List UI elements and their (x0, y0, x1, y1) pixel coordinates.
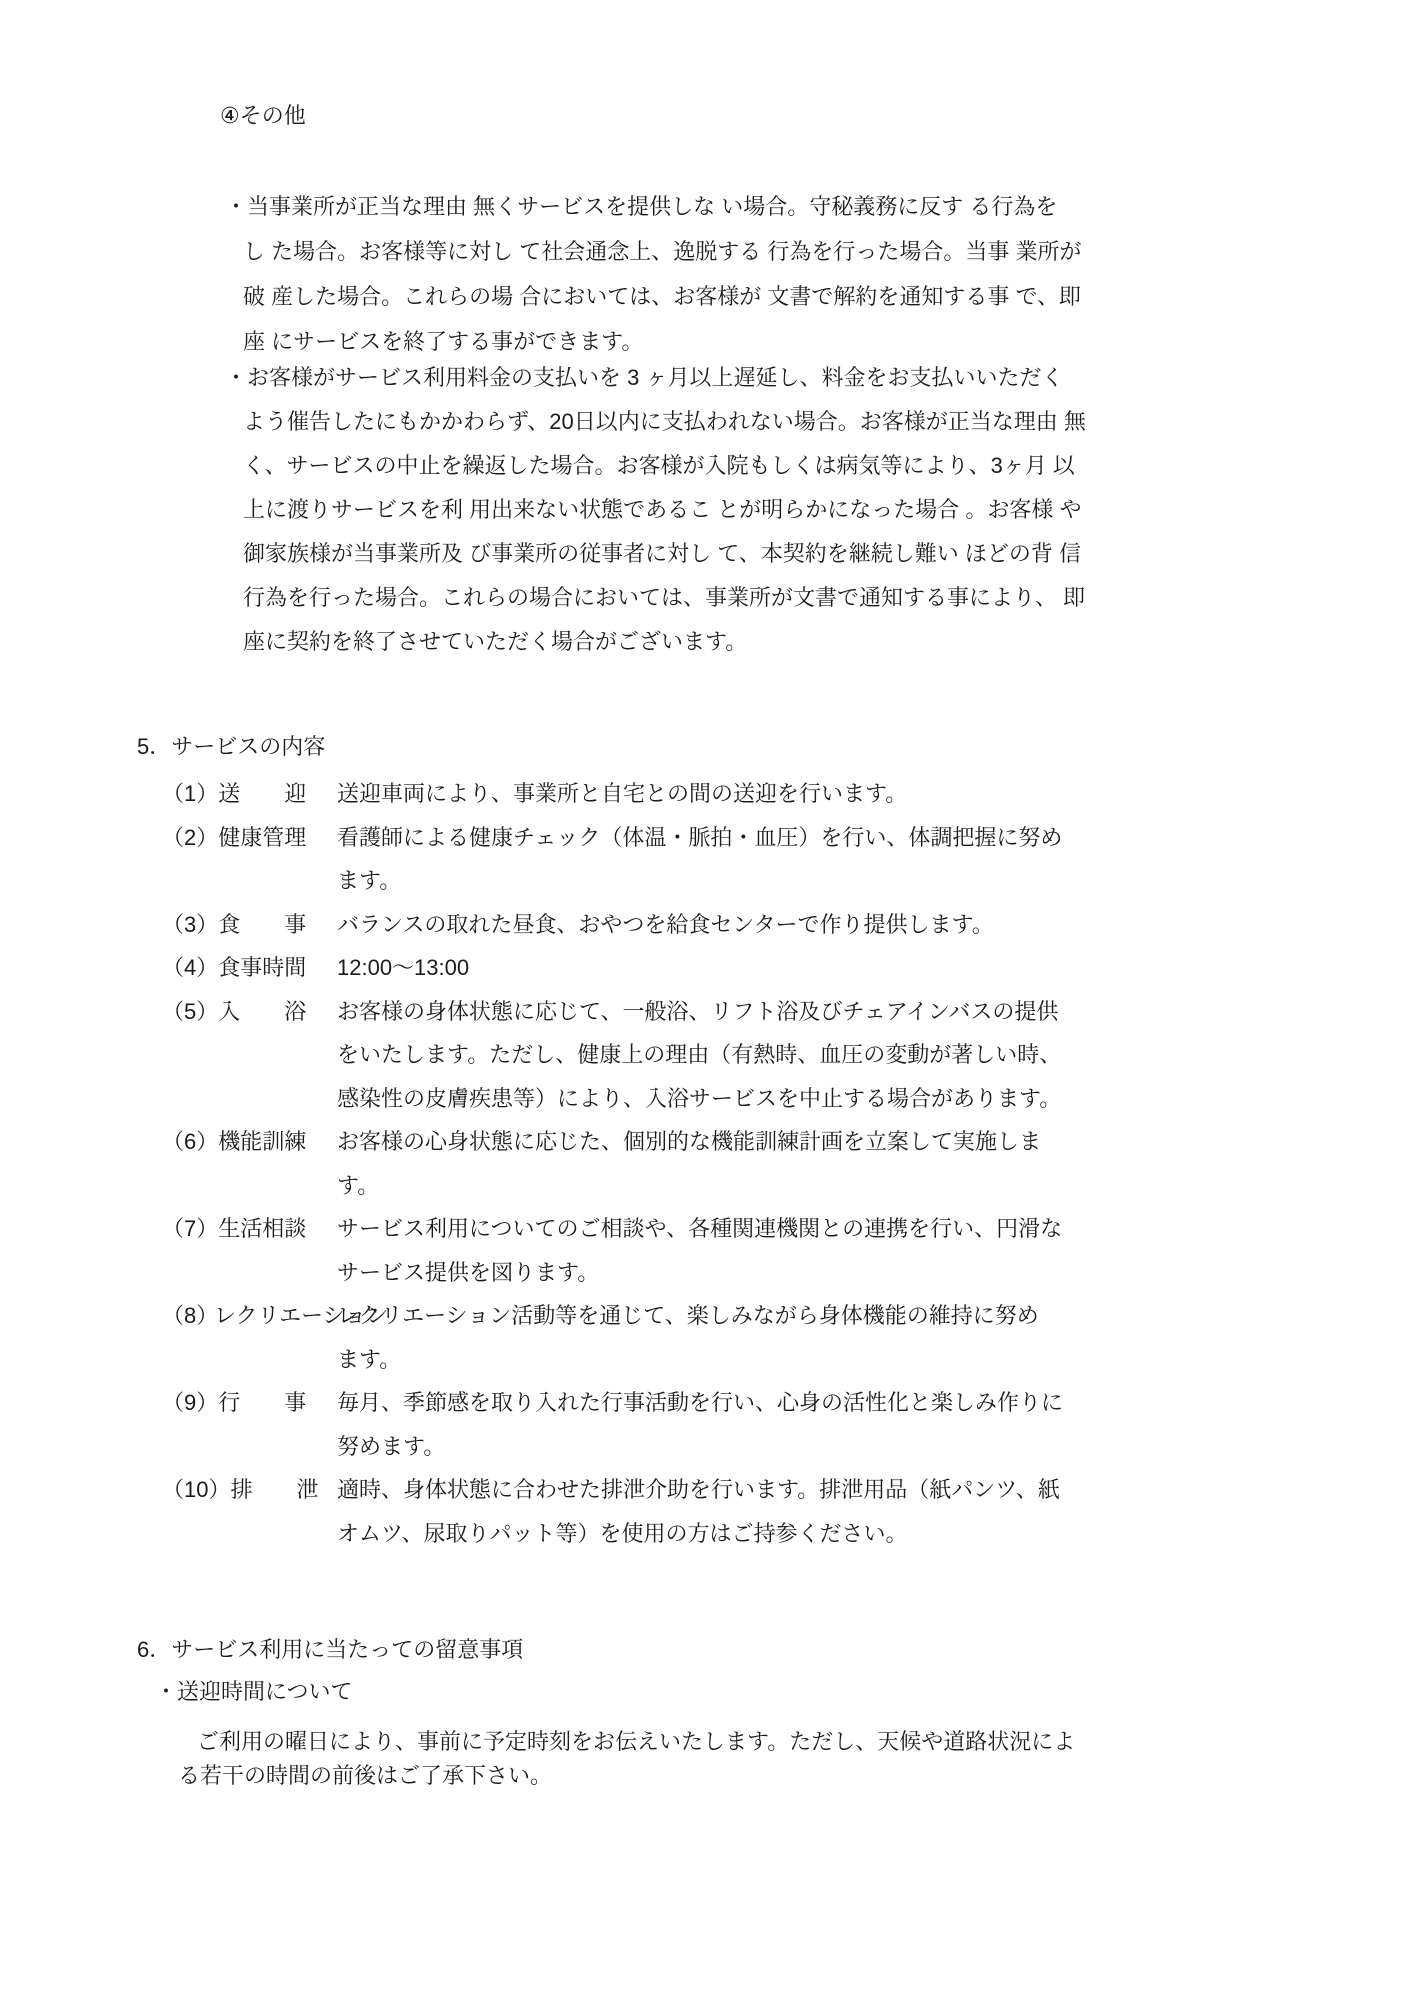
service-item-row: （3） 食 事 バランスの取れた昼食、おやつを給食センターで作り提供します。 (162, 903, 1063, 947)
service-item-label: 健康管理 (218, 816, 306, 903)
service-item-description-line: 適時、身体状態に合わせた排泄介助を行います。排泄用品（紙パンツ、紙 (337, 1468, 1063, 1512)
service-item-label: 送 迎 (218, 772, 306, 816)
text-line: し た場合。お客様等に対し て社会通念上、逸脱する 行為を行った場合。当事 業所… (225, 229, 1081, 274)
service-item-label: 食 事 (218, 903, 306, 947)
service-item-description-line: 感染性の皮膚疾患等）により、入浴サービスを中止する場合があります。 (337, 1077, 1063, 1121)
section-other-heading: ④その他 (220, 100, 306, 132)
service-item-number: （9） (162, 1381, 218, 1468)
service-item-row: （5） 入 浴 お客様の身体状態に応じて、一般浴、リフト浴及びチェアインバスの提… (162, 990, 1063, 1121)
service-item-label: 排 泄 (230, 1468, 318, 1555)
text-line: 上に渡りサービスを利 用出来ない状態であるこ とが明らかになった場合 。お客様 … (225, 488, 1086, 532)
service-item-description-line: 毎月、季節感を取り入れた行事活動を行い、心身の活性化と楽しみ作りに (337, 1381, 1063, 1425)
service-item-row: （2） 健康管理 看護師による健康チェック（体温・脈拍・血圧）を行い、体調把握に… (162, 816, 1063, 903)
text-line: ・お客様がサービス利用料金の支払いを 3 ヶ月以上遅延し、料金をお支払いいただく (225, 356, 1086, 400)
document-page: ④その他 ・当事業所が正当な理由 無くサービスを提供しな い場合。守秘義務に反す… (0, 0, 1414, 2000)
service-item-row: （4） 食事時間 12:00〜13:00 (162, 946, 1063, 990)
pickup-time-note-line: ご利用の曜日により、事前に予定時刻をお伝えいたします。ただし、天候や道路状況によ (197, 1726, 1075, 1758)
service-contents-heading: 5．サービスの内容 (137, 731, 325, 763)
text-line: よう催告したにもかかわらず、20日以内に支払われない場合。お客様が正当な理由 無 (225, 400, 1086, 444)
service-item-description-line: バランスの取れた昼食、おやつを給食センターで作り提供します。 (337, 903, 1063, 947)
pickup-time-note-line: る若干の時間の前後はご了承下さい。 (178, 1760, 552, 1792)
service-contents-list: （1） 送 迎 送迎車両により、事業所と自宅との間の送迎を行います。 （2） 健… (162, 772, 1063, 1555)
service-item-number: （4） (162, 946, 218, 990)
text-line: 座に契約を終了させていただく場合がございます。 (225, 620, 1086, 664)
service-item-description-line: 送迎車両により、事業所と自宅との間の送迎を行います。 (337, 772, 1063, 816)
service-item-number: （1） (162, 772, 218, 816)
service-item-row: （8） レクリエーション レクリエーション活動等を通じて、楽しみながら身体機能の… (162, 1294, 1063, 1381)
service-item-row: （7） 生活相談 サービス利用についてのご相談や、各種関連機関との連携を行い、円… (162, 1207, 1063, 1294)
service-item-number: （10） (162, 1468, 230, 1555)
termination-by-customer-paragraph: ・当事業所が正当な理由 無くサービスを提供しな い場合。守秘義務に反す る行為を… (225, 184, 1081, 364)
termination-by-provider-paragraph: ・お客様がサービス利用料金の支払いを 3 ヶ月以上遅延し、料金をお支払いいただく… (225, 356, 1086, 664)
service-item-description-line: す。 (337, 1164, 1063, 1208)
service-item-description-line: お客様の身体状態に応じて、一般浴、リフト浴及びチェアインバスの提供 (337, 990, 1063, 1034)
service-item-row: （6） 機能訓練 お客様の心身状態に応じた、個別的な機能訓練計画を立案して実施し… (162, 1120, 1063, 1207)
service-item-number: （3） (162, 903, 218, 947)
service-item-row: （10） 排 泄 適時、身体状態に合わせた排泄介助を行います。排泄用品（紙パンツ… (162, 1468, 1063, 1555)
text-line: ・当事業所が正当な理由 無くサービスを提供しな い場合。守秘義務に反す る行為を (225, 184, 1081, 229)
service-item-label: 機能訓練 (218, 1120, 306, 1207)
service-item-description-line: ます。 (337, 859, 1063, 903)
service-item-description-line: オムツ、尿取りパット等）を使用の方はご持参ください。 (337, 1512, 1063, 1556)
service-item-label: 行 事 (218, 1381, 306, 1468)
service-item-description-line: ます。 (337, 1338, 1063, 1382)
service-item-number: （7） (162, 1207, 218, 1294)
service-item-label: 生活相談 (218, 1207, 306, 1294)
service-item-row: （1） 送 迎 送迎車両により、事業所と自宅との間の送迎を行います。 (162, 772, 1063, 816)
service-item-number: （6） (162, 1120, 218, 1207)
text-line: 行為を行った場合。これらの場合においては、事業所が文書で通知する事により、 即 (225, 576, 1086, 620)
service-item-description-line: サービス提供を図ります。 (337, 1251, 1063, 1295)
service-item-label: 食事時間 (218, 946, 306, 990)
service-item-label: 入 浴 (218, 990, 306, 1121)
text-line: く、サービスの中止を繰返した場合。お客様が入院もしくは病気等により、3ヶ月 以 (225, 444, 1086, 488)
service-item-number: （5） (162, 990, 218, 1121)
service-item-description-line: レクリエーション活動等を通じて、楽しみながら身体機能の維持に努め (337, 1294, 1063, 1338)
service-item-number: （2） (162, 816, 218, 903)
service-item-description-line: お客様の心身状態に応じた、個別的な機能訓練計画を立案して実施しま (337, 1120, 1063, 1164)
service-item-description-line: 努めます。 (337, 1425, 1063, 1469)
text-line: 御家族様が当事業所及 び事業所の従事者に対し て、本契約を継続し難い ほどの背 … (225, 532, 1086, 576)
service-item-description-line: 12:00〜13:00 (337, 946, 1063, 990)
text-line: 破 産した場合。これらの場 合においては、お客様が 文書で解約を通知する事 で、… (225, 274, 1081, 319)
service-item-description-line: 看護師による健康チェック（体温・脈拍・血圧）を行い、体調把握に努め (337, 816, 1063, 860)
service-item-number: （8） (162, 1294, 214, 1381)
service-item-description-line: サービス利用についてのご相談や、各種関連機関との連携を行い、円滑な (337, 1207, 1063, 1251)
usage-notes-heading: 6．サービス利用に当たっての留意事項 (137, 1634, 523, 1666)
service-item-description-line: をいたします。ただし、健康上の理由（有熱時、血圧の変動が著しい時、 (337, 1033, 1063, 1077)
service-item-row: （9） 行 事 毎月、季節感を取り入れた行事活動を行い、心身の活性化と楽しみ作り… (162, 1381, 1063, 1468)
pickup-time-subheading: ・送迎時間について (155, 1676, 353, 1708)
